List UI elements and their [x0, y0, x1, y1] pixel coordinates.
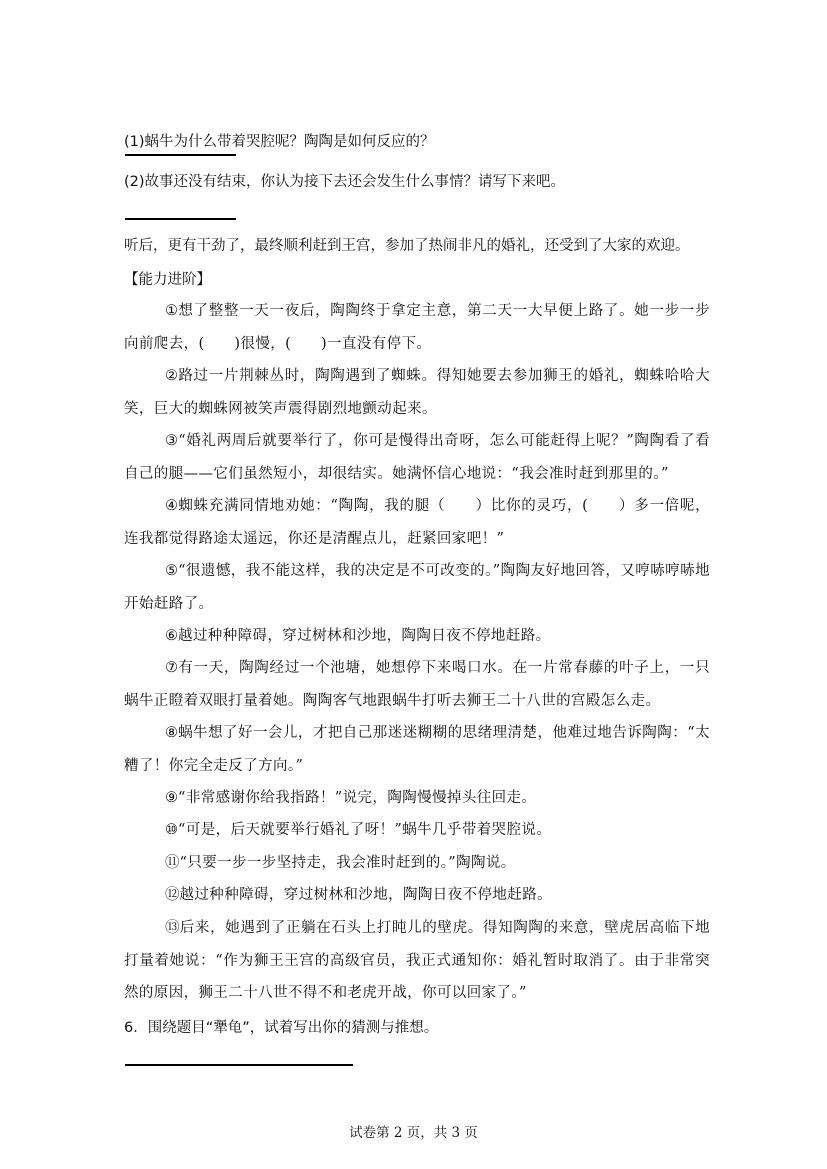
paragraph-text: 想了整整一天一夜后，陶陶终于拿定主意，第二天一大早便上路了。她一步一步向前爬去，…: [124, 303, 710, 352]
paragraph-3: ③“婚礼两周后就要举行了，你可是慢得出奇呀，怎么可能赶得上呢？”陶陶看了看自己的…: [124, 425, 710, 490]
paragraph-7: ⑦有一天，陶陶经过一个池塘，她想停下来喝口水。在一片常春藤的叶子上，一只蜗牛正瞪…: [124, 652, 710, 717]
paragraph-text: “非常感谢你给我指路！”说完，陶陶慢慢掉头往回走。: [178, 790, 536, 806]
paragraph-text: “婚礼两周后就要举行了，你可是慢得出奇呀，怎么可能赶得上呢？”陶陶看了看自己的腿…: [124, 433, 710, 482]
question-6: 6．围绕题目“犟龟”，试着写出你的猜测与推想。: [124, 1018, 438, 1038]
paragraph-4: ④蜘蛛充满同情地劝她：“陶陶，我的腿（ ）比你的灵巧，( ）多一倍呢，连我都觉得…: [124, 490, 710, 555]
paragraph-text: “很遗憾，我不能这样，我的决定是不可改变的。”陶陶友好地回答，又哼哧哼哧地开始赶…: [124, 563, 710, 612]
paragraph-13: ⑬后来，她遇到了正躺在石头上打盹儿的壁虎。得知陶陶的来意，壁虎居高临下地打量着她…: [124, 912, 710, 1010]
paragraph-number: ⑨: [165, 790, 178, 806]
paragraph-number: ⑥: [165, 628, 178, 644]
paragraph-2: ②路过一片荆棘丛时，陶陶遇到了蜘蛛。得知她要去参加狮王的婚礼，蜘蛛哈哈大笑，巨大…: [124, 360, 710, 425]
paragraph-text: 越过种种障碍，穿过树林和沙地，陶陶日夜不停地赶路。: [178, 628, 551, 644]
paragraph-number: ⑩: [165, 822, 178, 838]
paragraph-number: ①: [165, 303, 178, 319]
paragraph-text: “可是，后天就要举行婚礼了呀！”蜗牛几乎带着哭腔说。: [178, 822, 551, 838]
paragraph-number: ⑪: [165, 855, 180, 871]
paragraph-text: “只要一步一步坚持走，我会准时赶到的。”陶陶说。: [180, 855, 516, 871]
paragraph-text: 蜘蛛充满同情地劝她：“陶陶，我的腿（ ）比你的灵巧，( ）多一倍呢，连我都觉得路…: [124, 498, 710, 547]
paragraph-text: 越过种种障碍，穿过树林和沙地，陶陶日夜不停地赶路。: [180, 887, 553, 903]
paragraph-9: ⑨“非常感谢你给我指路！”说完，陶陶慢慢掉头往回走。: [124, 782, 710, 815]
continuation-text: 听后，更有干劲了，最终顺利赶到王宫，参加了热闹非凡的婚礼，还受到了大家的欢迎。: [124, 236, 690, 256]
paragraph-number: ⑧: [165, 725, 178, 741]
paragraph-number: ④: [165, 498, 178, 514]
paragraph-number: ⑤: [165, 563, 178, 579]
question-2: (2)故事还没有结束，你认为接下去还会发生什么事情？请写下来吧。: [124, 172, 565, 192]
paragraph-number: ②: [165, 368, 178, 384]
paragraph-text: 有一天，陶陶经过一个池塘，她想停下来喝口水。在一片常春藤的叶子上，一只蜗牛正瞪着…: [124, 660, 710, 709]
paragraph-number: ⑦: [165, 660, 178, 676]
paragraph-8: ⑧蜗牛想了好一会儿，才把自己那迷迷糊糊的思绪理清楚，他难过地告诉陶陶：“太糟了！…: [124, 717, 710, 782]
answer-blank-2[interactable]: [125, 218, 236, 220]
paragraph-text: 蜗牛想了好一会儿，才把自己那迷迷糊糊的思绪理清楚，他难过地告诉陶陶：“太糟了！你…: [124, 725, 710, 774]
paragraph-number: ⑫: [165, 887, 180, 903]
answer-blank-6[interactable]: [125, 1064, 353, 1066]
question-1: (1)蜗牛为什么带着哭腔呢？陶陶是如何反应的？: [124, 132, 435, 152]
paragraph-10: ⑩“可是，后天就要举行婚礼了呀！”蜗牛几乎带着哭腔说。: [124, 814, 710, 847]
paragraph-number: ③: [165, 433, 178, 449]
paragraph-12: ⑫越过种种障碍，穿过树林和沙地，陶陶日夜不停地赶路。: [124, 879, 710, 912]
answer-blank-1[interactable]: [125, 154, 236, 156]
paragraph-1: ①想了整整一天一夜后，陶陶终于拿定主意，第二天一大早便上路了。她一步一步向前爬去…: [124, 295, 710, 360]
paragraph-text: 后来，她遇到了正躺在石头上打盹儿的壁虎。得知陶陶的来意，壁虎居高临下地打量着她说…: [124, 920, 710, 1001]
page-footer: 试卷第 2 页，共 3 页: [0, 1121, 827, 1141]
paragraph-text: 路过一片荆棘丛时，陶陶遇到了蜘蛛。得知她要去参加狮王的婚礼，蜘蛛哈哈大笑，巨大的…: [124, 368, 710, 417]
section-heading: 【能力进阶】: [124, 268, 211, 289]
paragraph-number: ⑬: [165, 920, 180, 936]
paragraph-6: ⑥越过种种障碍，穿过树林和沙地，陶陶日夜不停地赶路。: [124, 620, 710, 653]
paragraph-11: ⑪“只要一步一步坚持走，我会准时赶到的。”陶陶说。: [124, 847, 710, 880]
paragraph-5: ⑤“很遗憾，我不能这样，我的决定是不可改变的。”陶陶友好地回答，又哼哧哼哧地开始…: [124, 555, 710, 620]
